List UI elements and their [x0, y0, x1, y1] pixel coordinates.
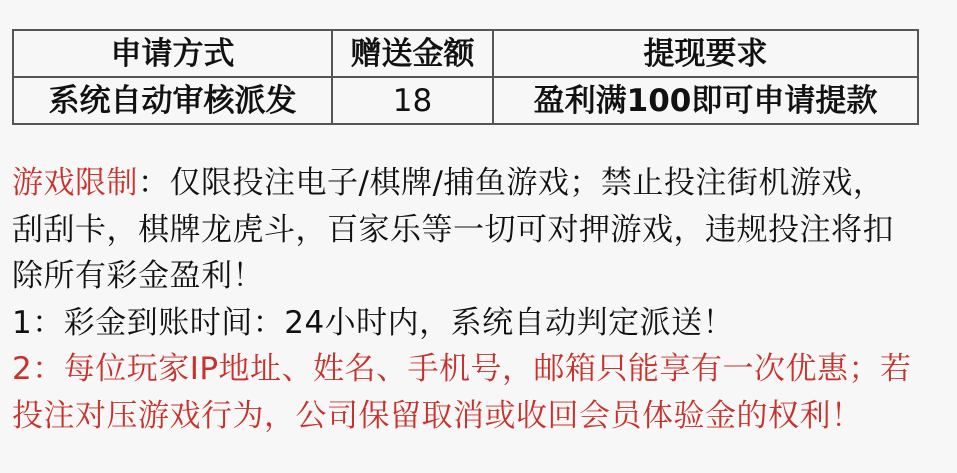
bonus-info-table: 申请方式 赠送金额 提现要求 系统自动审核派发 18 盈利满100即可申请提款 — [12, 29, 919, 125]
rules-section: 游戏限制：仅限投注电子/棋牌/捕鱼游戏；禁止投注街机游戏，刮刮卡，棋牌龙虎斗，百… — [12, 160, 912, 439]
header-apply-method: 申请方式 — [13, 30, 332, 77]
cell-bonus-amount: 18 — [332, 77, 493, 124]
table-row: 系统自动审核派发 18 盈利满100即可申请提款 — [13, 77, 918, 124]
rule-1: 1：彩金到账时间：24小时内，系统自动判定派送！ — [12, 300, 912, 347]
game-limit-text: ：仅限投注电子/棋牌/捕鱼游戏；禁止投注街机游戏，刮刮卡，棋牌龙虎斗，百家乐等一… — [12, 165, 894, 294]
header-bonus-amount: 赠送金额 — [332, 30, 493, 77]
game-limit-label: 游戏限制 — [12, 165, 138, 201]
rule-2: 2：每位玩家IP地址、姓名、手机号，邮箱只能享有一次优惠；若投注对压游戏行为，公… — [12, 346, 912, 439]
game-limit-paragraph: 游戏限制：仅限投注电子/棋牌/捕鱼游戏；禁止投注街机游戏，刮刮卡，棋牌龙虎斗，百… — [12, 160, 912, 300]
header-withdraw-requirement: 提现要求 — [493, 30, 918, 77]
cell-apply-method: 系统自动审核派发 — [13, 77, 332, 124]
table-header-row: 申请方式 赠送金额 提现要求 — [13, 30, 918, 77]
cell-withdraw-requirement: 盈利满100即可申请提款 — [493, 77, 918, 124]
